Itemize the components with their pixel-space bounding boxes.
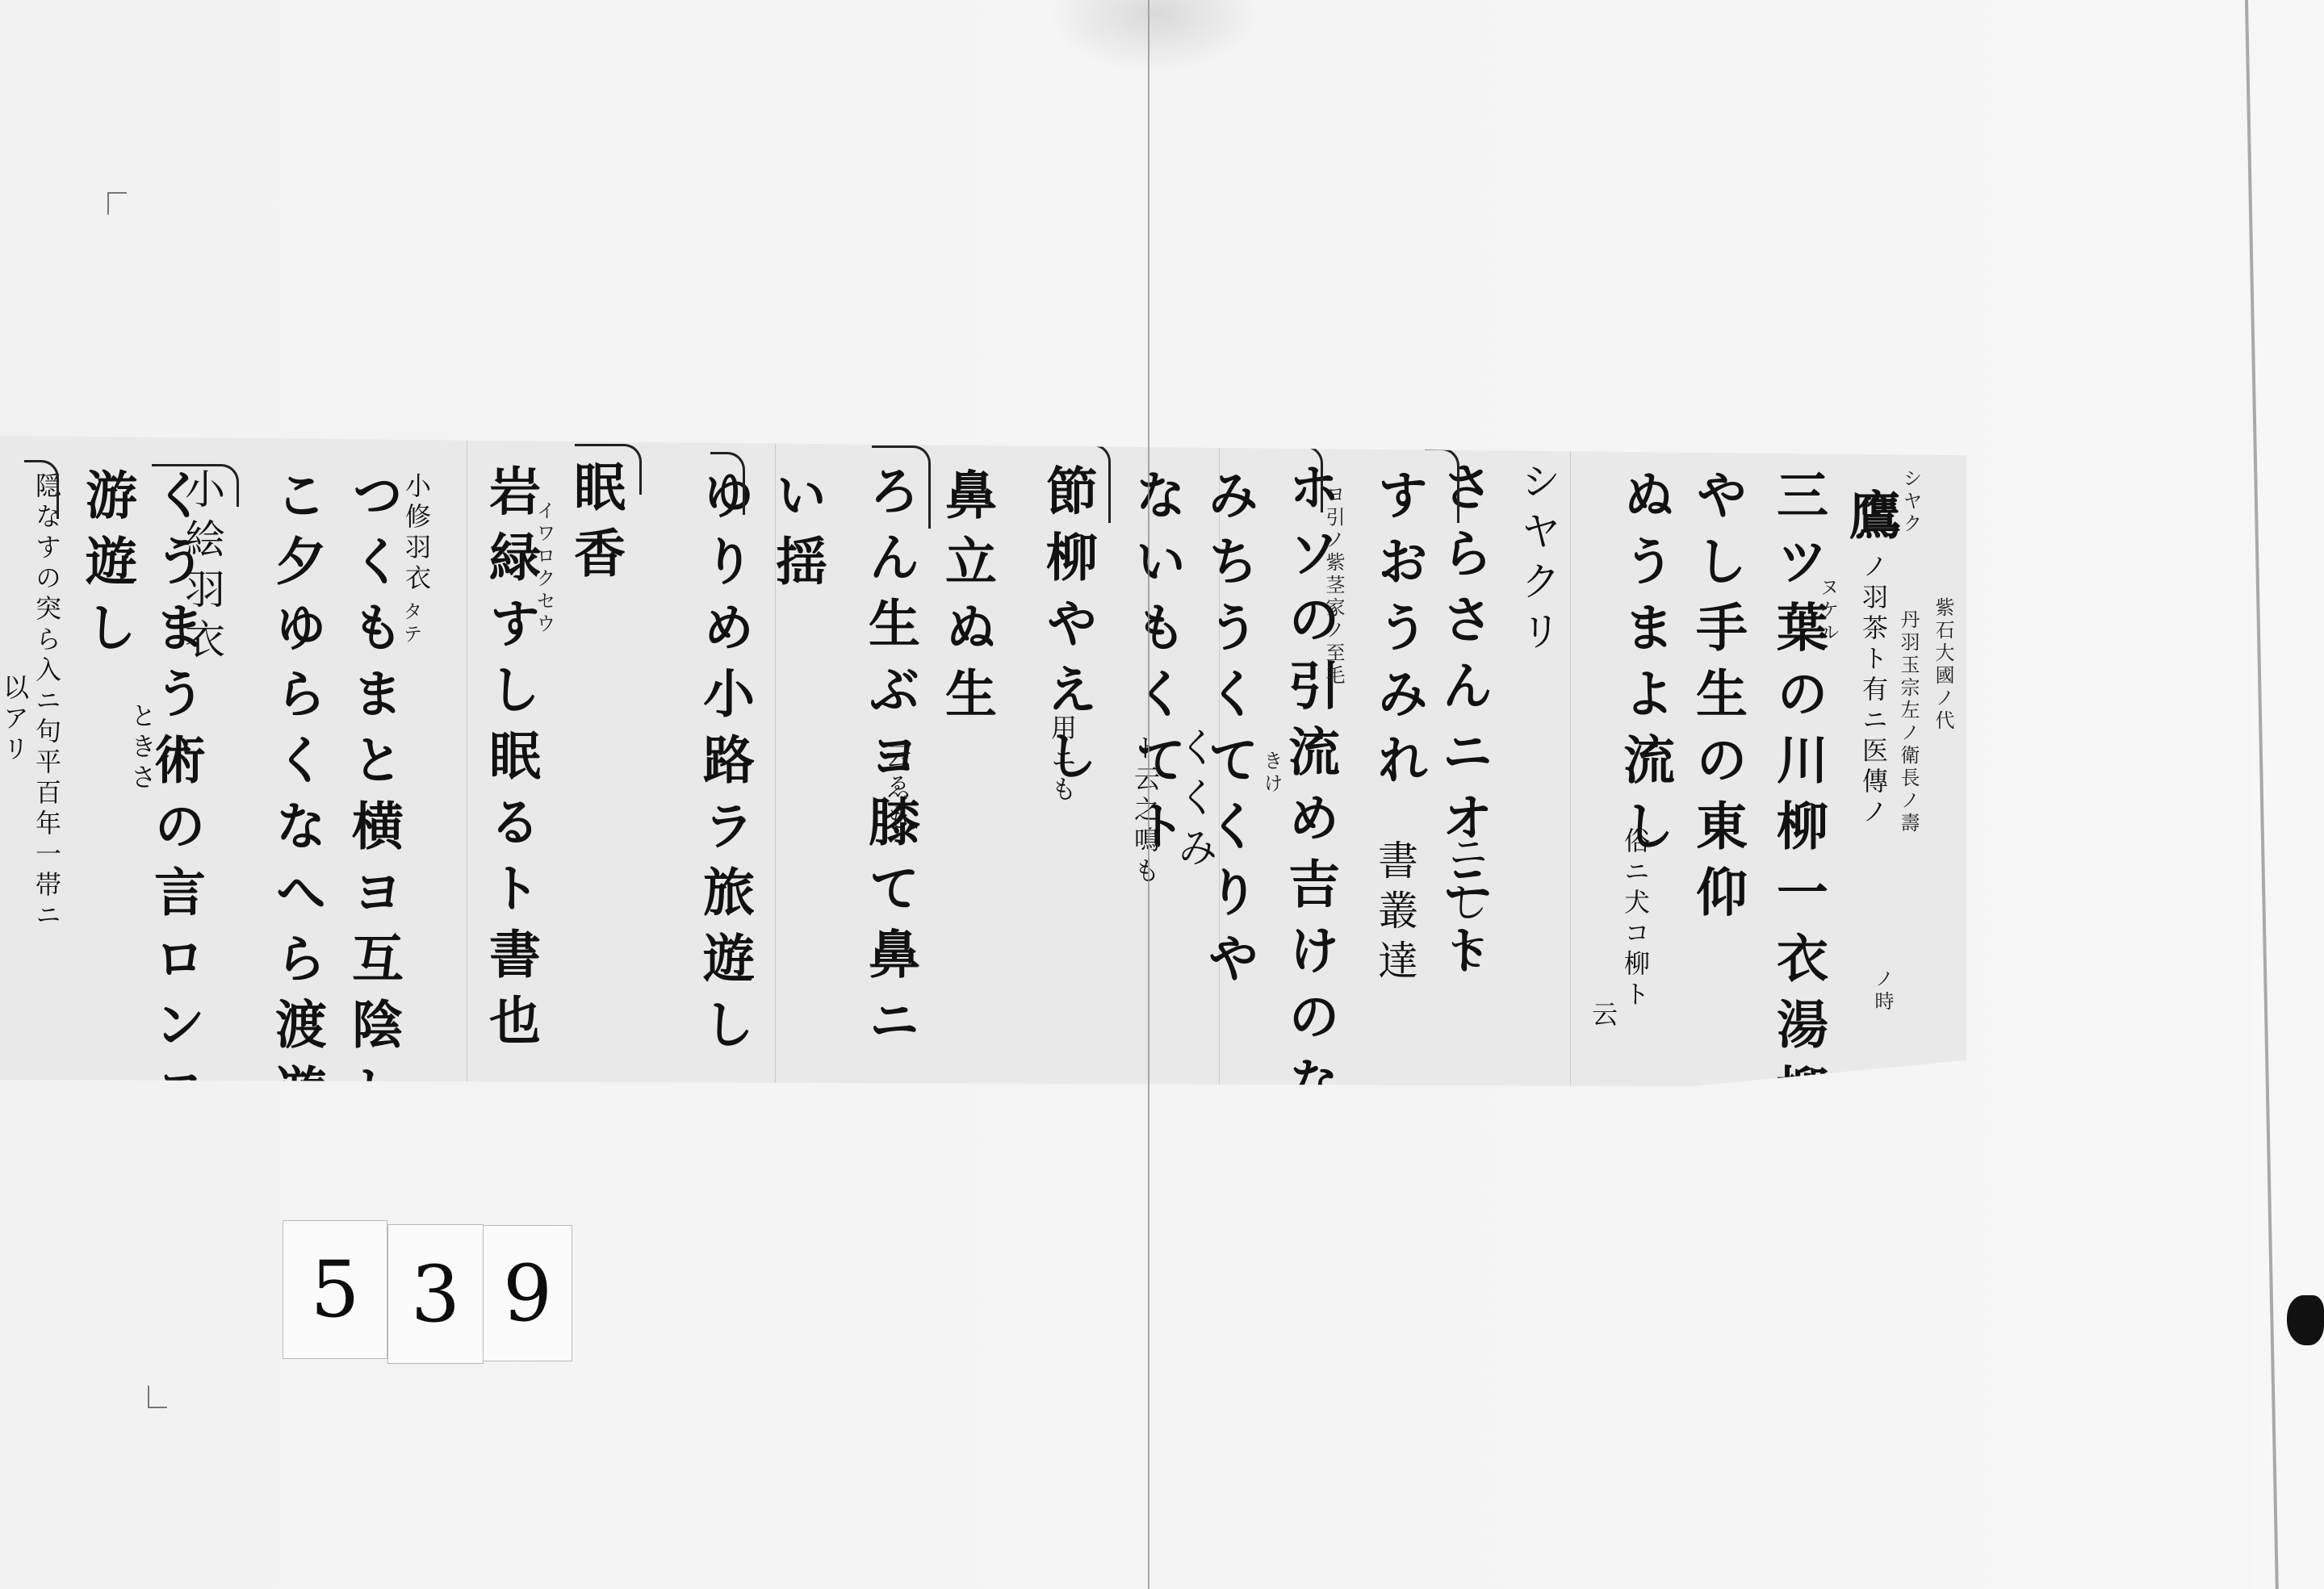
bracket-mark [1425,448,1459,523]
text-column: 丹羽玉宗左ノ衛長ノ壽 [1899,609,1918,835]
text-column: 三ツ葉の川柳一衣湯柳 [1772,468,1824,1130]
ruby-text: きけ [1262,751,1281,796]
text-column: 云ゑも [884,742,910,834]
text-column: ときさ [129,702,155,794]
text-column: 岩緑すし眠るト書也 [484,464,536,1060]
bracket-mark [24,460,59,519]
text-column: すおうみれ [1372,468,1424,799]
bracket-mark [575,444,642,495]
text-column: 紫石大國ノ代 [1933,597,1953,733]
text-column: ニして [1445,831,1485,981]
paper-seam [467,436,467,1086]
text-column: い揺 [771,468,823,600]
text-column: 以アリ [2,674,27,766]
paper-seam [1570,436,1571,1086]
bracket-mark [1078,444,1111,523]
bracket-mark [1292,445,1323,512]
corner-registration-mark-top [107,192,127,215]
ruby-text: ヨ引ノ紫茎家ノ至毛 [1324,484,1343,688]
headword: 鷹 [1845,488,1896,554]
bracket-mark [710,452,745,515]
page-number-digit: 3 [411,1249,460,1340]
text-column: ゆりめ小路ラ旅遊し [698,468,750,1064]
page-number-digit: 9 [503,1248,552,1339]
text-column: 云 [1590,1001,1616,1031]
binding-clip [2287,1295,2324,1345]
text-column: ぬうまよ流し [1618,468,1670,865]
page-number-card: 9 [483,1225,572,1361]
page-number-digit: 5 [310,1244,359,1335]
text-column: 隠なすの突ら入ニ句平百年一帯ニ [34,472,60,932]
ruby-text: タテ [401,601,421,646]
ruby-text: シヤク [1901,468,1920,536]
text-column: ノ羽茶ト有ニ医傳ノ [1861,553,1886,829]
text-column: ト云之鳴も [1133,734,1158,888]
text-column: 書叢達 [1375,839,1415,989]
bracket-mark [872,445,931,529]
manuscript-strip: 紫石大國ノ代 丹羽玉宗左ノ衛長ノ壽 ノ時 シヤク 鷹 ノ羽茶ト有ニ医傳ノ ヌケル… [0,436,1966,1086]
page-number-card: 5 [283,1220,387,1359]
page-number-card: 3 [387,1224,484,1364]
text-column: 鼻立ぬ生 [940,468,992,733]
text-column: ノ時 [1873,968,1892,1014]
corner-registration-mark-bottom [148,1386,167,1408]
headword: シヤクリ [1518,460,1558,660]
text-column: 游遊し [81,468,132,667]
text-column: やし手生の東仰 [1691,468,1743,931]
text-column: 小修羽衣 [404,472,429,595]
text-column: 俗ニ犬コ柳ト [1623,827,1648,1011]
water-stain [1049,0,1259,73]
text-column: 用ニも [1049,714,1075,806]
center-fold-line [1148,0,1149,1589]
